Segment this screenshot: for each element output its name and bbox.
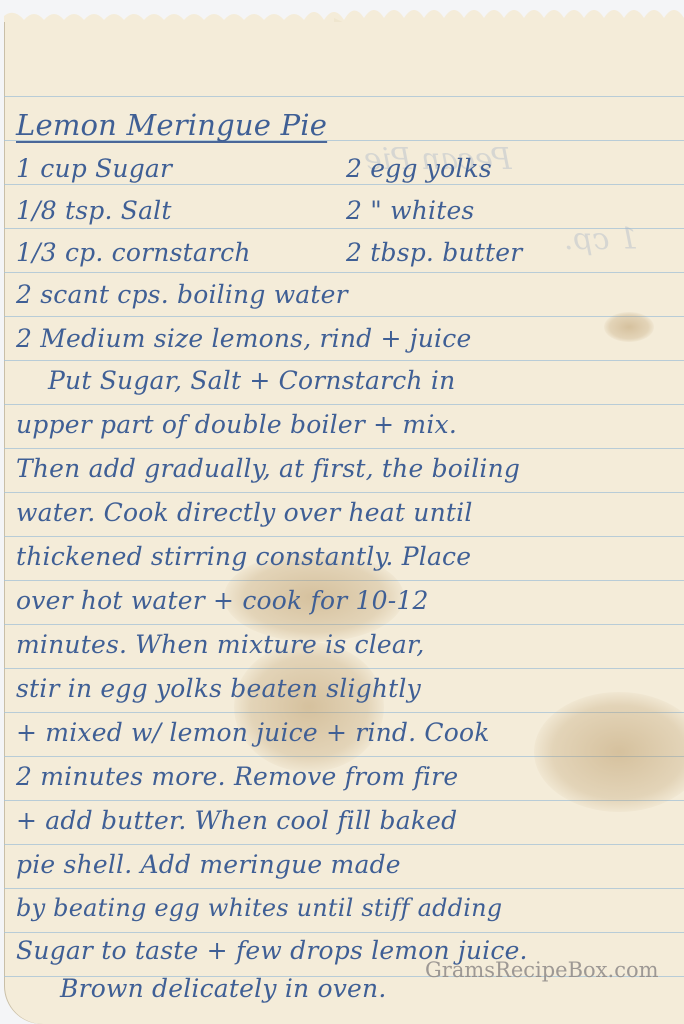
stain	[534, 692, 684, 812]
stain	[234, 642, 384, 772]
direction-line: water. Cook directly over heat until	[16, 498, 473, 527]
rule-line	[4, 404, 684, 405]
ingredient: 2 " whites	[346, 196, 474, 225]
ingredient-row: 1/8 tsp. Salt 2 " whites	[16, 196, 656, 225]
rule-line	[4, 96, 684, 97]
direction-line: pie shell. Add meringue made	[16, 850, 401, 879]
direction-line: + mixed w/ lemon juice + rind. Cook	[16, 718, 490, 747]
direction-line: by beating egg whites until stiff adding	[16, 894, 502, 922]
ingredient: 1/3 cp. cornstarch	[16, 238, 251, 267]
rule-line	[4, 888, 684, 889]
ingredient: 2 Medium size lemons, rind + juice	[16, 324, 471, 353]
rule-line	[4, 360, 684, 361]
direction-line: Put Sugar, Salt + Cornstarch in	[48, 366, 455, 395]
recipe-card: Pecan Pie 1 cp. Lemon Meringue Pie 1 cup…	[4, 22, 684, 1024]
rule-line	[4, 492, 684, 493]
direction-line: minutes. When mixture is clear,	[16, 630, 425, 659]
ingredient: 1 cup Sugar	[16, 154, 172, 183]
recipe-title: Lemon Meringue Pie	[16, 108, 327, 142]
rule-line	[4, 536, 684, 537]
ingredient: 2 scant cps. boiling water	[16, 280, 348, 309]
ingredient: 2 tbsp. butter	[346, 238, 522, 267]
rule-line	[4, 316, 684, 317]
rule-line	[4, 932, 684, 933]
direction-line: stir in egg yolks beaten slightly	[16, 674, 421, 703]
direction-line: 2 minutes more. Remove from fire	[16, 762, 458, 791]
rule-line	[4, 448, 684, 449]
rule-line	[4, 272, 684, 273]
direction-line: thickened stirring constantly. Place	[16, 542, 471, 571]
watermark: GramsRecipeBox.com	[425, 958, 659, 982]
rule-line	[4, 844, 684, 845]
ingredient: 1/8 tsp. Salt	[16, 196, 172, 225]
stain	[604, 312, 654, 342]
direction-line: upper part of double boiler + mix.	[16, 410, 457, 439]
direction-line: Brown delicately in oven.	[60, 974, 386, 1003]
direction-line: + add butter. When cool fill baked	[16, 806, 457, 835]
direction-line: over hot water + cook for 10-12	[16, 586, 429, 615]
rule-line	[4, 184, 684, 185]
direction-line: Then add gradually, at first, the boilin…	[16, 454, 520, 483]
ingredient-row: 1/3 cp. cornstarch 2 tbsp. butter	[16, 238, 656, 267]
ingredient-row: 1 cup Sugar 2 egg yolks	[16, 154, 656, 183]
ingredient: 2 egg yolks	[346, 154, 492, 183]
